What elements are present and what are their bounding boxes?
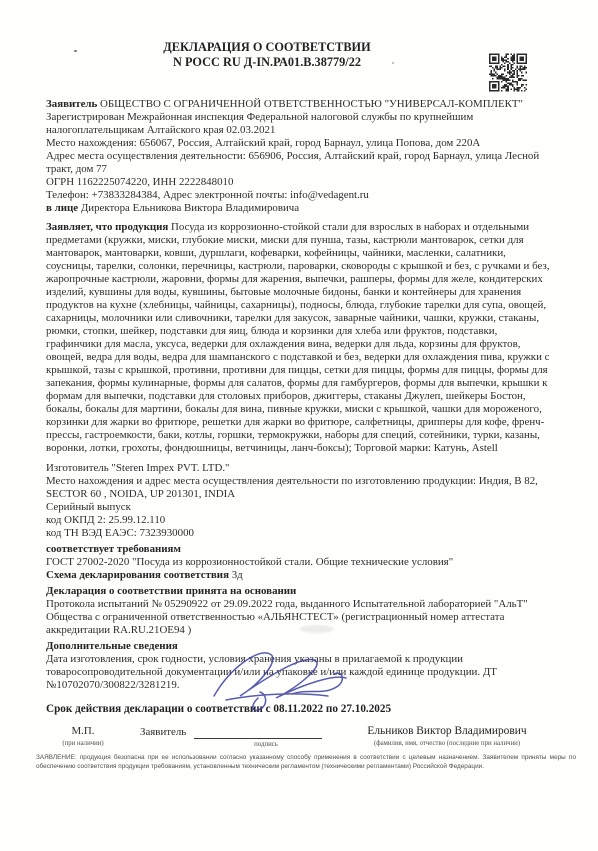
document-content: ДЕКЛАРАЦИЯ О СООТВЕТСТВИИ N РОСС RU Д-IN…: [46, 40, 554, 771]
compliance-section: соответствует требованиям ГОСТ 27002-202…: [46, 543, 554, 582]
product-description: Посуда из коррозионно-стойкой стали для …: [46, 221, 550, 454]
basis-label: Декларация о соответствии принята на осн…: [46, 585, 554, 598]
represented-name: Директора Ельникова Виктора Владимирович…: [78, 202, 299, 214]
signatory-name: Ельников Виктор Владимирович: [340, 725, 554, 738]
applicant-section: Заявитель ОБЩЕСТВО С ОГРАНИЧЕННОЙ ОТВЕТС…: [46, 98, 554, 215]
validity-period: Срок действия декларации о соответствии …: [46, 703, 554, 716]
signatory: Ельников Виктор Владимирович (фамилия, и…: [340, 725, 554, 748]
applicant-ogrn-inn: ОГРН 1162225074220, ИНН 2222848010: [46, 176, 554, 189]
basis-section: Декларация о соответствии принята на осн…: [46, 585, 554, 637]
product-paragraph: Заявляет, что продукция Посуда из корроз…: [46, 221, 554, 455]
signature-area: Заявитель подпись: [140, 725, 340, 749]
signature-applicant-label: Заявитель: [140, 726, 186, 739]
manufacturer-address: Место нахождения и адрес места осуществл…: [46, 475, 554, 501]
compliance-label: соответствует требованиям: [46, 543, 554, 556]
additional-label: Дополнительные сведения: [46, 640, 554, 653]
manufacturer-name: Изготовитель "Steren Impex PVT. LTD.": [46, 462, 554, 475]
manufacturer-tnved-code: код ТН ВЭД ЕАЭС: 7323930000: [46, 527, 554, 540]
basis-text: Протокола испытаний № 05290922 от 29.09.…: [46, 598, 554, 637]
declaration-document-page: ДЕКЛАРАЦИЯ О СООТВЕТСТВИИ N РОСС RU Д-IN…: [0, 0, 598, 851]
applicant-line: Заявитель ОБЩЕСТВО С ОГРАНИЧЕННОЙ ОТВЕТС…: [46, 98, 554, 111]
additional-text: Дата изготовления, срок годности, услови…: [46, 653, 554, 692]
signatory-name-note: (фамилия, имя, отчество (последние при н…: [340, 739, 554, 748]
scheme-value: 3д: [229, 569, 243, 581]
manufacturer-section: Изготовитель "Steren Impex PVT. LTD." Ме…: [46, 462, 554, 540]
title-number: N РОСС RU Д-IN.РА01.В.38779/22: [46, 55, 488, 70]
product-section: Заявляет, что продукция Посуда из корроз…: [46, 221, 554, 455]
stamp-mp-label: М.П.: [54, 725, 112, 738]
applicant-activity-address: Адрес места осуществления деятельности: …: [46, 150, 554, 176]
applicant-name: ОБЩЕСТВО С ОГРАНИЧЕННОЙ ОТВЕТСТВЕННОСТЬЮ…: [97, 98, 523, 110]
manufacturer-okpd-code: код ОКПД 2: 25.99.12.110: [46, 514, 554, 527]
applicant-phone-email: Телефон: +73833284384, Адрес электронной…: [46, 189, 554, 202]
document-title: ДЕКЛАРАЦИЯ О СООТВЕТСТВИИ N РОСС RU Д-IN…: [46, 40, 488, 69]
signature-line: [194, 725, 322, 739]
signature-block: М.П. (при наличии) Заявитель подпись Ель…: [46, 725, 554, 749]
signature-caption: подпись: [202, 740, 330, 749]
compliance-scheme: Схема декларирования соответствия 3д: [46, 569, 554, 582]
manufacturer-serial: Серийный выпуск: [46, 501, 554, 514]
stamp-place: М.П. (при наличии): [46, 725, 112, 748]
applicant-location: Место нахождения: 656067, Россия, Алтайс…: [46, 137, 554, 150]
product-label: Заявляет, что продукция: [46, 221, 168, 233]
represented-label: в лице: [46, 202, 78, 214]
scheme-label: Схема декларирования соответствия: [46, 569, 229, 581]
applicant-representative: в лице Директора Ельникова Виктора Влади…: [46, 202, 554, 215]
compliance-standard: ГОСТ 27002-2020 "Посуда из коррозионност…: [46, 556, 554, 569]
applicant-registered: Зарегистрирован Межрайонная инспекция Фе…: [46, 111, 554, 137]
additional-section: Дополнительные сведения Дата изготовлени…: [46, 640, 554, 692]
statement-disclaimer: ЗАЯВЛЕНИЕ: продукция безопасна при ее ис…: [36, 754, 576, 771]
stamp-mp-note: (при наличии): [54, 739, 112, 748]
applicant-label: Заявитель: [46, 98, 97, 110]
title-line-1: ДЕКЛАРАЦИЯ О СООТВЕТСТВИИ: [46, 40, 488, 55]
